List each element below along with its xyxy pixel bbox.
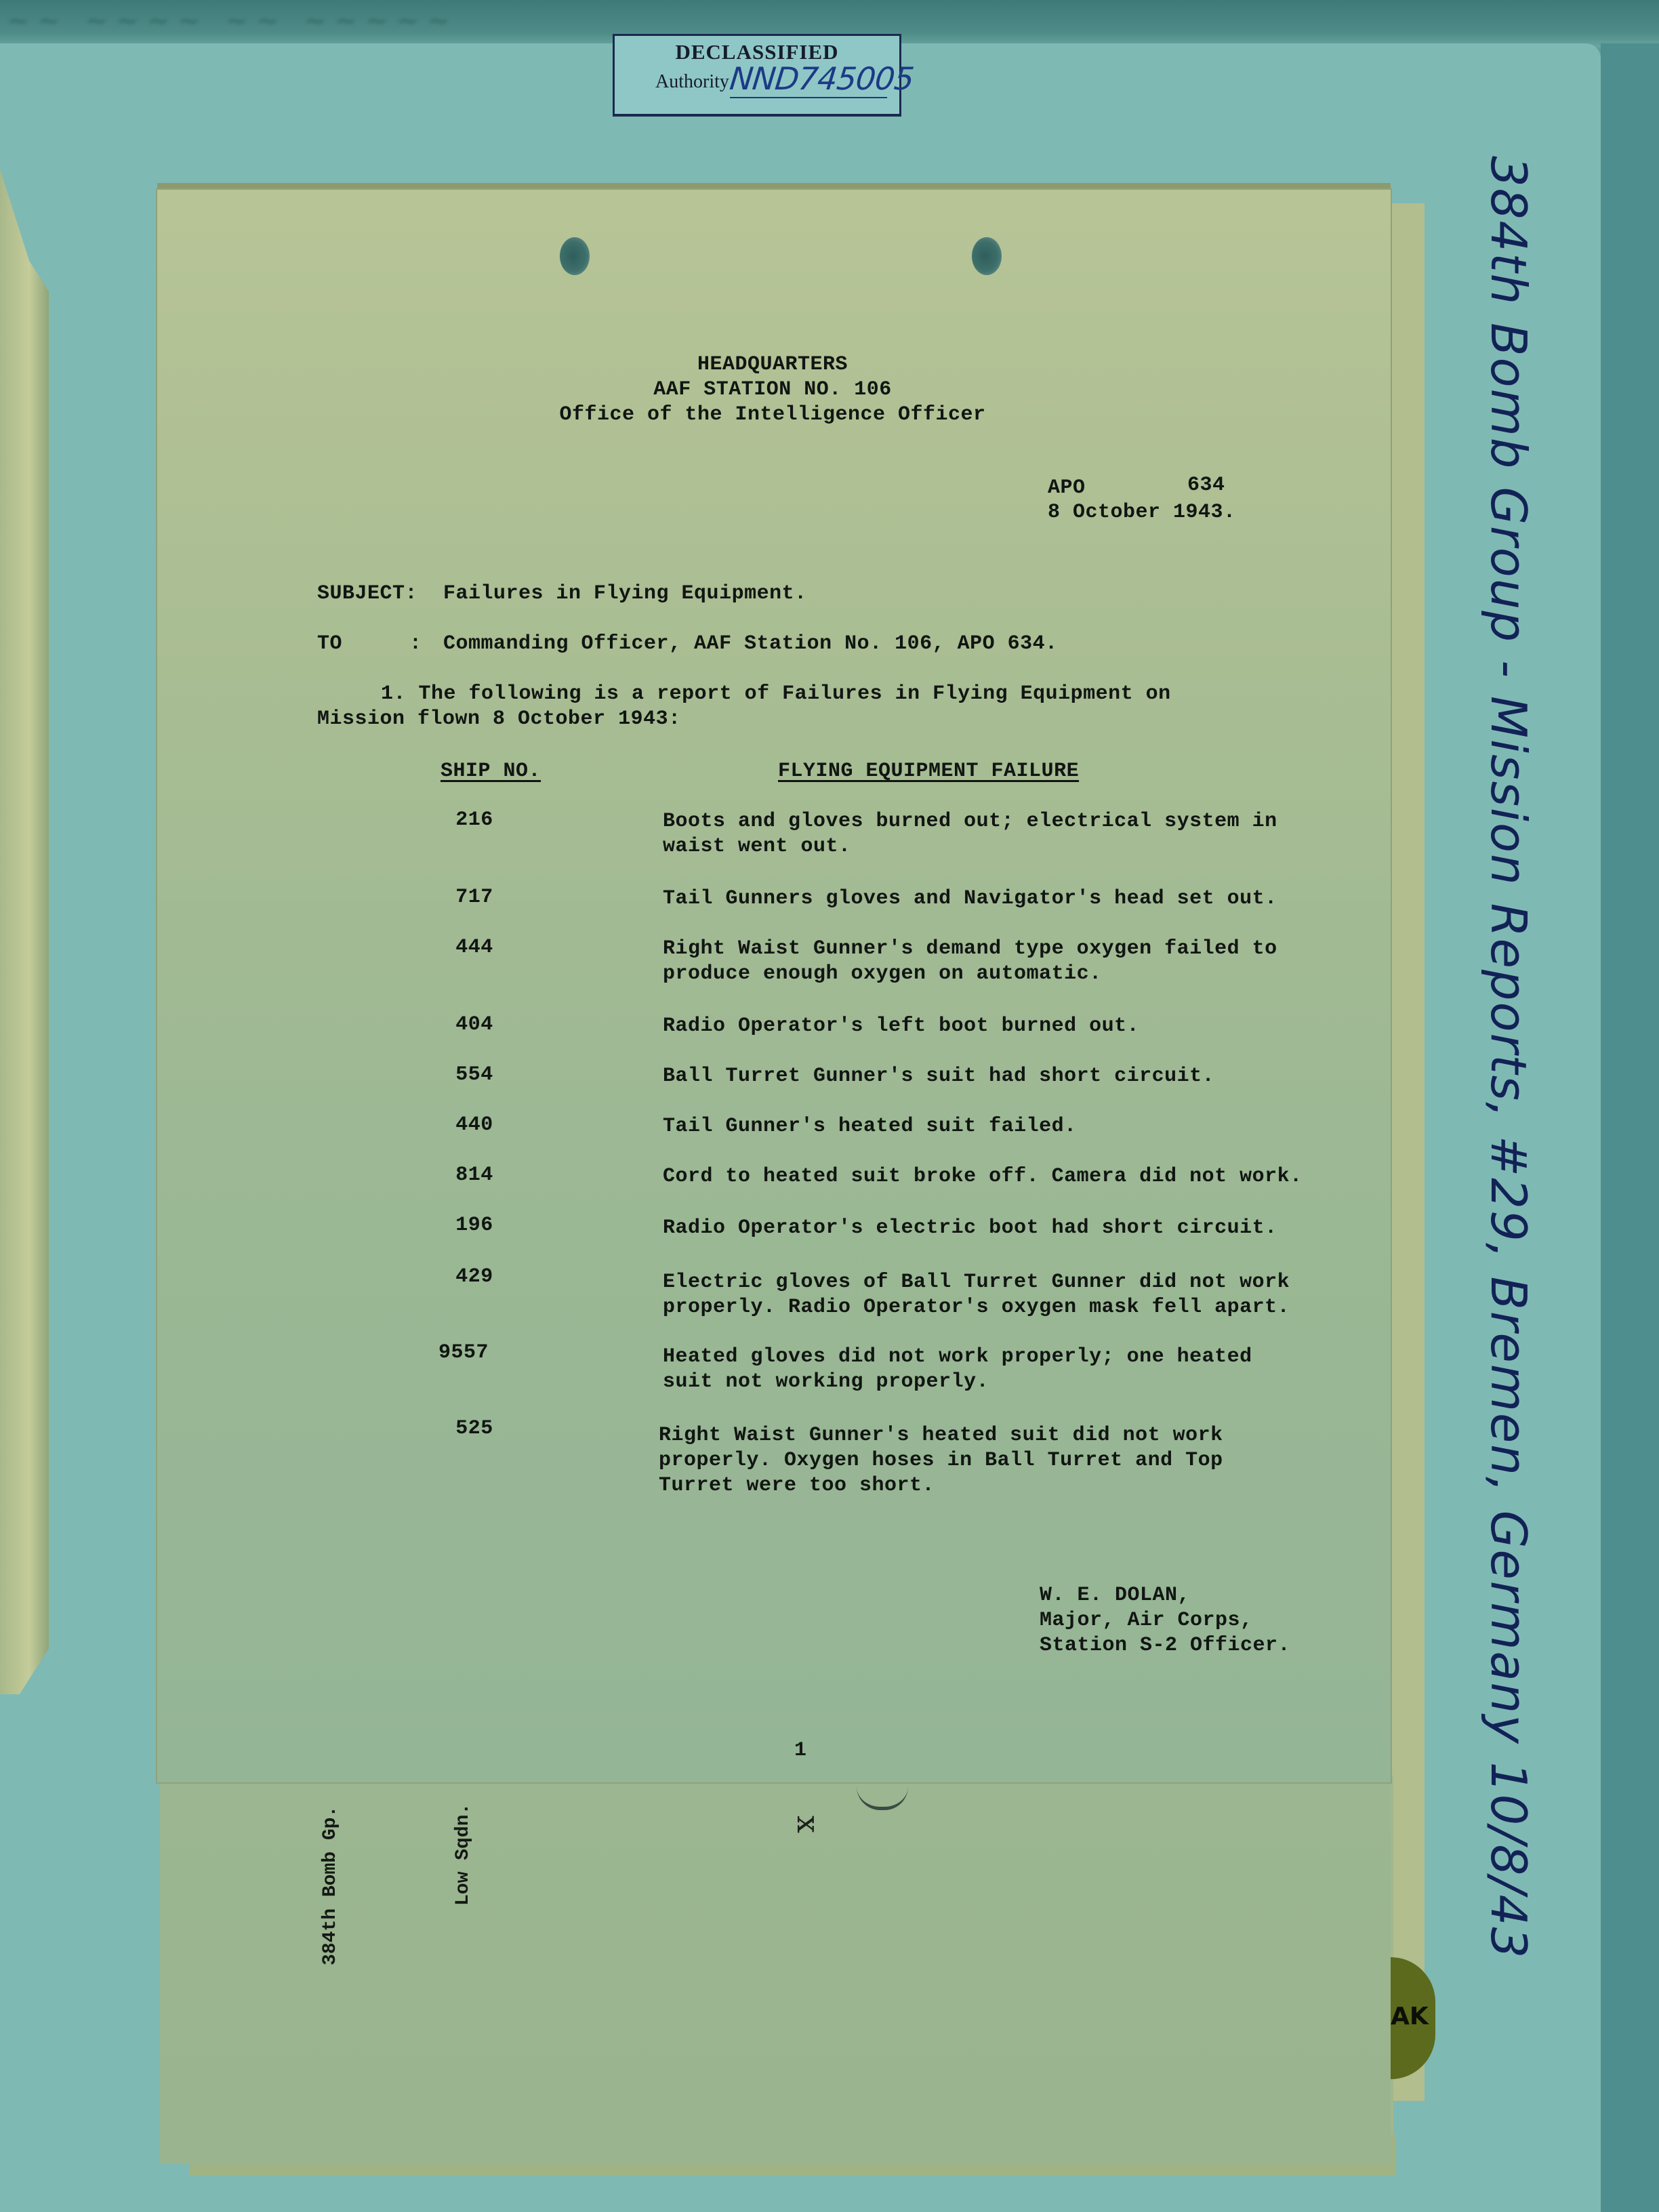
header-line-3: Office of the Intelligence Officer	[488, 403, 1057, 428]
failure-description: Right Waist Gunner's heated suit did not…	[659, 1423, 1262, 1498]
to-value: Commanding Officer, AAF Station No. 106,…	[443, 632, 1058, 657]
failure-description: Tail Gunner's heated suit failed.	[663, 1114, 1340, 1139]
failure-description: Radio Operator's left boot burned out.	[663, 1014, 1340, 1039]
ship-number: 440	[434, 1113, 515, 1138]
attached-carbon-sheet	[160, 1782, 1391, 2163]
failure-description: Right Waist Gunner's demand type oxygen …	[663, 937, 1300, 987]
stamp-authority-value: NND745005	[728, 60, 916, 97]
apo-number: 634	[1187, 473, 1225, 498]
ship-number: 444	[434, 935, 515, 960]
signature-title: Station S-2 Officer.	[1040, 1633, 1290, 1658]
subject-value: Failures in Flying Equipment.	[443, 581, 807, 607]
ship-number: 196	[434, 1213, 515, 1238]
left-paper-stack	[0, 169, 49, 1694]
ship-number: 404	[434, 1012, 515, 1038]
handwritten-margin-note: 384th Bomb Group - Mission Reports, #29,…	[1480, 156, 1537, 1959]
ship-number: 525	[434, 1416, 515, 1441]
header-line-1: HEADQUARTERS	[488, 352, 1057, 377]
blurred-writing: ~~ ~~~~ ~~ ~~~~~	[7, 5, 458, 37]
failure-description: Tail Gunners gloves and Navigator's head…	[663, 886, 1340, 912]
failure-description: Heated gloves did not work properly; one…	[663, 1345, 1273, 1395]
page-number: 1	[794, 1739, 806, 1762]
stamp-authority-label: Authority	[655, 71, 729, 93]
failure-description: Ball Turret Gunner's suit had short circ…	[663, 1064, 1340, 1089]
failure-description: Cord to heated suit broke off. Camera di…	[663, 1164, 1354, 1189]
to-colon: :	[409, 632, 422, 657]
side-tab-label: AK	[1391, 2003, 1429, 2030]
ship-number: 429	[434, 1265, 515, 1290]
header-line-2: AAF STATION NO. 106	[488, 377, 1057, 403]
group-label: 384th Bomb Gp.	[320, 1806, 341, 1965]
punch-hole-left	[560, 237, 590, 275]
ship-number: 554	[434, 1063, 515, 1088]
paragraph-1-line-2: Mission flown 8 October 1943:	[317, 707, 681, 732]
ship-number: 717	[434, 885, 515, 910]
failure-description: Radio Operator's electric boot had short…	[663, 1216, 1340, 1241]
handwritten-mark: x	[790, 1816, 827, 1833]
column-header-ship-no: SHIP NO.	[441, 759, 541, 784]
ship-number: 9557	[423, 1340, 504, 1366]
column-header-failure: FLYING EQUIPMENT FAILURE	[778, 759, 1079, 784]
failure-description: Boots and gloves burned out; electrical …	[663, 809, 1300, 859]
signature-rank: Major, Air Corps,	[1040, 1608, 1253, 1633]
ship-number: 814	[434, 1163, 515, 1188]
punch-hole-right	[972, 237, 1002, 275]
folder-shadow	[1601, 43, 1659, 2212]
declassified-stamp: DECLASSIFIED Authority NND745005	[613, 34, 901, 117]
failure-description: Electric gloves of Ball Turret Gunner di…	[663, 1270, 1313, 1320]
apo-label: APO	[1048, 476, 1086, 501]
squadron-label: Low Sqdn.	[453, 1803, 474, 1906]
signature-name: W. E. DOLAN,	[1040, 1583, 1190, 1608]
ship-number: 216	[434, 808, 515, 833]
paragraph-1-line-1: 1. The following is a report of Failures…	[381, 682, 1171, 707]
memo-date: 8 October 1943.	[1048, 500, 1236, 525]
to-label: TO	[317, 632, 342, 657]
subject-label: SUBJECT:	[317, 581, 417, 607]
stamp-underline	[730, 97, 887, 98]
